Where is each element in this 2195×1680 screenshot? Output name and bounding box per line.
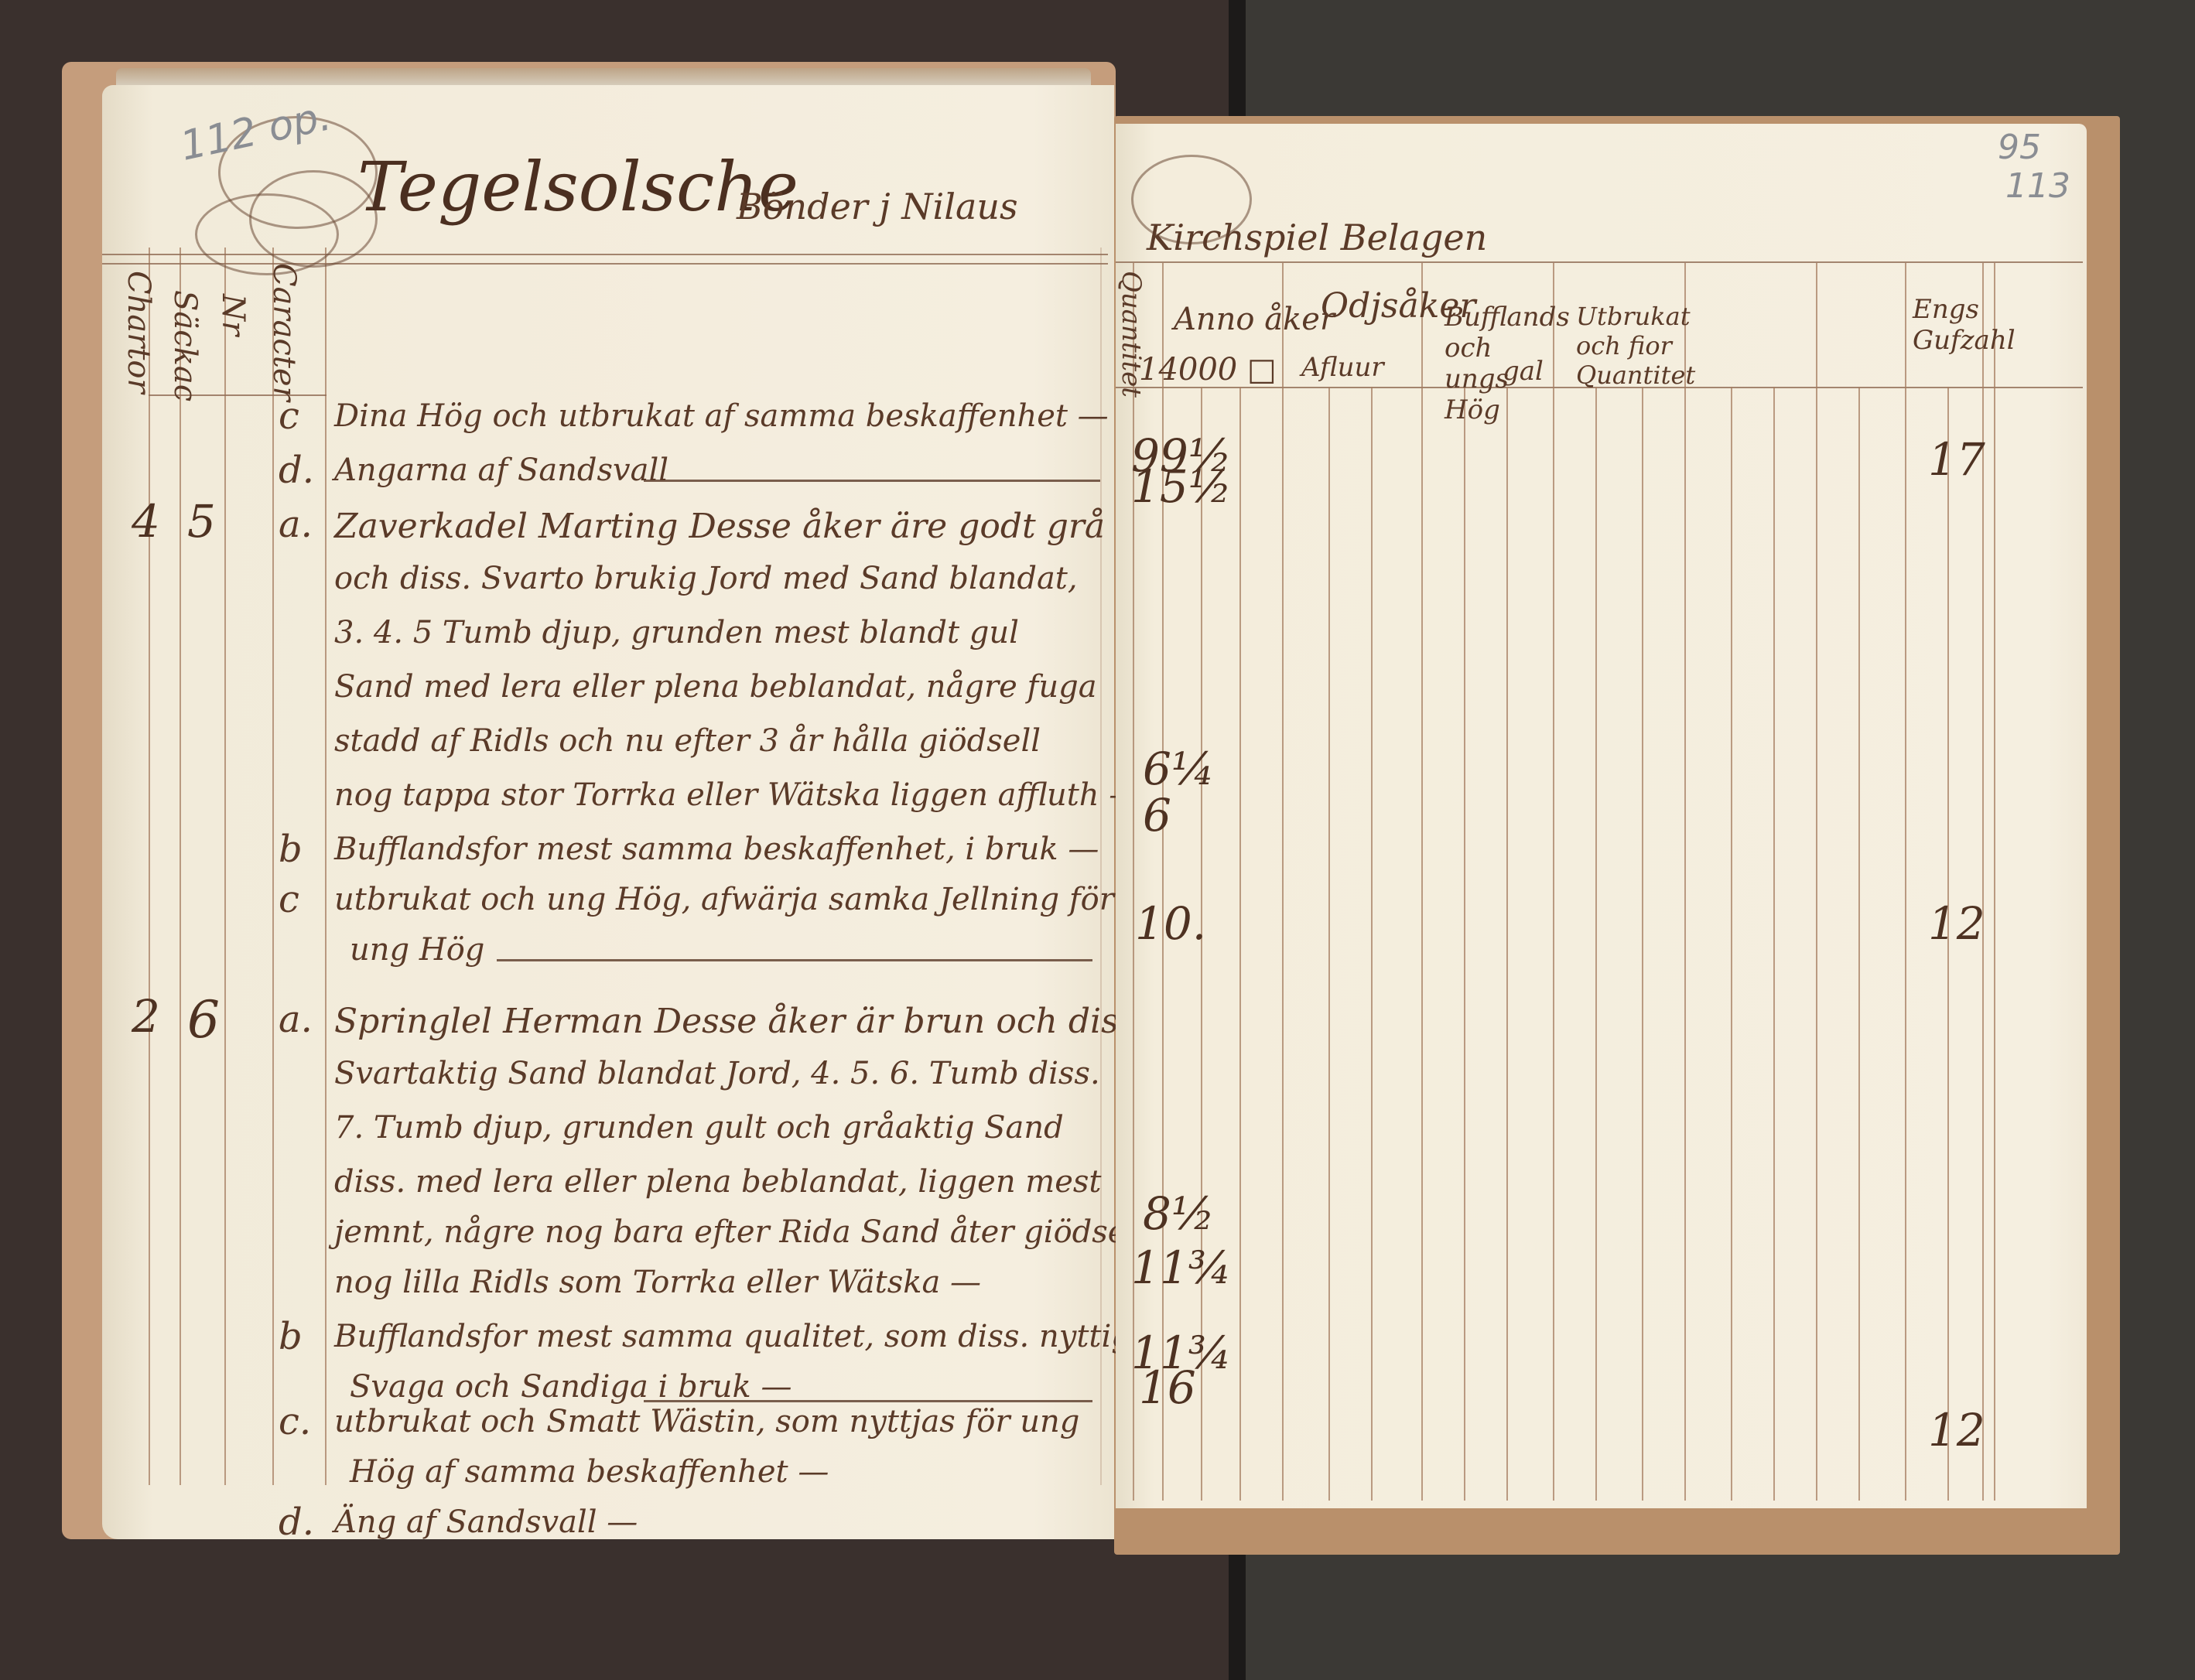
entry-line: diss. med lera eller plena beblandat, li… [334,1164,1102,1200]
entry-letter: d. [279,1501,314,1544]
entry-end-rule [644,480,1100,482]
entry-line: Zaverkadel Marting Desse åker äre godt g… [334,507,1105,546]
entry-line: Sand med lera eller plena beblandat, någ… [334,669,1097,705]
column-rule [1328,387,1330,1501]
quantity-value: 8½ [1143,1187,1215,1240]
column-rule [1595,387,1597,1501]
entry-line: Angarna af Sandsvall [334,452,668,488]
entry-line: utbrukat och Smatt Wästin, som nyttjas f… [334,1404,1079,1439]
quantity-value: 6 [1143,789,1171,842]
entry-letter: c [279,878,299,921]
entry-line: ung Hög [350,932,484,968]
entry-line: stadd af Ridls och nu efter 3 år hålla g… [334,723,1041,759]
entry-line: 7. Tumb djup, grunden gult och gråaktig … [334,1110,1064,1146]
column-rule [1684,263,1686,1501]
column-rule [1239,387,1241,1501]
entry-letter: b [279,828,303,871]
entry-letter: b [279,1315,303,1358]
column-rule [1858,387,1860,1501]
column-rule [1994,263,1995,1501]
left-page: 112 op. Tegelsolsche Bönder j Nilaus Cha… [102,85,1114,1539]
entry-line: nog tappa stor Torrka eller Wätska ligge… [334,777,1140,813]
column-rule [149,248,150,1485]
entry-letter: c. [279,1400,311,1443]
column-rule [1731,387,1732,1501]
entry-chart-number: 4 [132,495,160,548]
entry-letter: a. [279,998,313,1041]
engs-value: 12 [1928,897,1985,950]
column-rule [1642,387,1643,1501]
column-rule [1553,263,1554,1501]
column-header-nr: Nr [215,294,251,336]
column-header-utbrukat: Utbrukat och fior Quantitet [1576,302,1708,390]
entry-line: nog lilla Ridls som Torrka eller Wätska … [334,1265,981,1300]
entry-letter: d. [279,449,314,492]
header-value-anno-aker: Afluur [1301,352,1384,383]
right-page: Kirchspiel Belagen 95 113 Quantitet Anno… [1116,124,2087,1508]
folio-number: 113 [2005,166,2070,206]
entry-line: utbrukat och ung Hög, afwärja samka Jell… [334,882,1114,917]
header-rule [1116,261,2083,263]
page-title: Tegelsolsche [357,147,798,227]
column-header-caracter: Caracter [266,263,302,401]
column-header-anno-aker: Anno åker [1174,302,1335,337]
column-rule [1773,387,1775,1501]
entry-line: Springlel Herman Desse åker är brun och … [334,1002,1147,1041]
entry-line: Svartaktig Sand blandat Jord, 4. 5. 6. T… [334,1056,1100,1091]
entry-line: 3. 4. 5 Tumb djup, grunden mest blandt g… [334,615,1019,650]
column-header-chartor: Chartor [121,271,156,394]
column-rule [1421,263,1423,1501]
column-rule [224,248,226,1485]
entry-line: Bufflandsfor mest samma beskaffenhet, i … [334,831,1099,867]
entry-line: Hög af samma beskaffenhet — [350,1454,829,1490]
header-value-bufflands: gal [1503,356,1544,387]
quantity-value: 6¼ [1143,743,1215,795]
column-header-sackac: Säckac [167,290,203,401]
column-rule [1506,387,1508,1501]
entry-number: 6 [187,990,220,1050]
header-value-quantity: 14000 □ [1139,352,1277,388]
column-rule [179,248,181,1485]
entry-line: Äng af Sandsvall — [334,1504,638,1540]
quantity-value: 10. [1135,897,1206,950]
column-rule [325,248,327,1485]
entry-line: jemnt, någre nog bara efter Rida Sand åt… [334,1214,1146,1250]
column-rule [272,248,274,1485]
folio-number-old: 95 [1998,128,2041,167]
entry-line: och diss. Svarto brukig Jord med Sand bl… [334,561,1078,596]
entry-line: Bufflandsfor mest samma qualitet, som di… [334,1319,1164,1354]
column-rule [1282,263,1284,1501]
column-rule [1816,263,1817,1501]
entry-letter: a. [279,503,313,546]
entry-line: Dina Hög och utbrukat af samma beskaffen… [334,398,1109,434]
column-rule [1905,263,1906,1501]
entry-chart-number: 2 [132,990,160,1043]
engs-value: 17 [1928,433,1985,486]
page-title: Kirchspiel Belagen [1147,217,1487,258]
page-title-continuation: Bönder j Nilaus [737,186,1018,227]
engs-value: 12 [1928,1404,1985,1456]
column-rule [1464,387,1465,1501]
entry-end-rule [497,959,1092,961]
quantity-value: 16 [1139,1361,1196,1414]
quantity-value: 11¾ [1131,1241,1232,1294]
entry-end-rule [644,1400,1092,1402]
column-header-engs: Engs Gufzahl [1913,294,1990,356]
entry-letter: c [279,394,299,438]
entry-number: 5 [187,495,216,548]
quantity-value: 15½ [1131,460,1232,513]
column-rule [1371,387,1373,1501]
